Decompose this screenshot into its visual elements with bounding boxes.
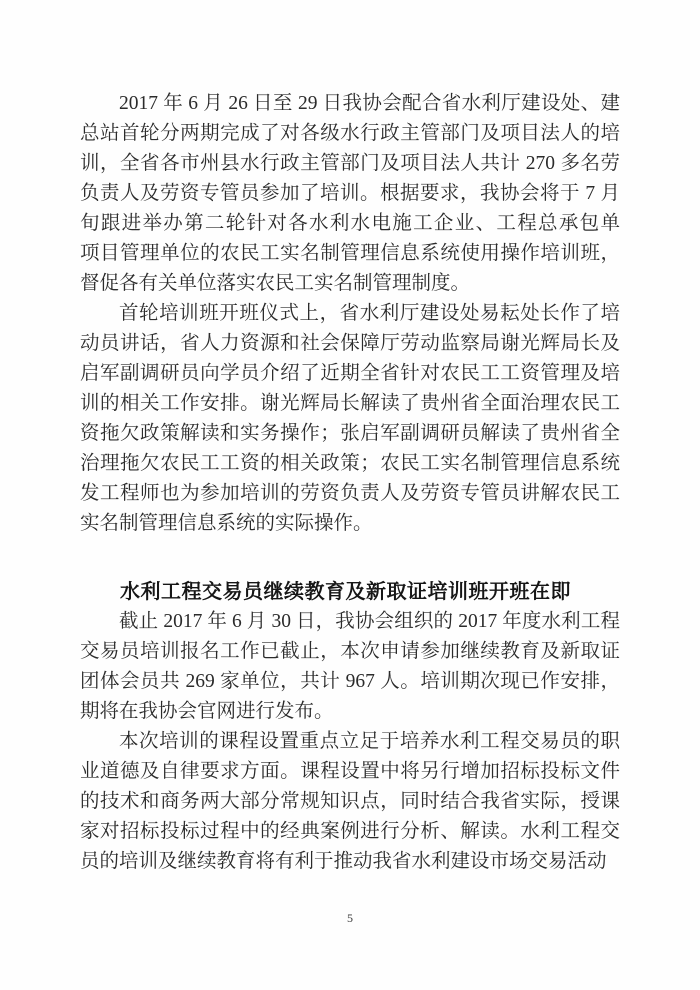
paragraph-registration-closed: 截止 2017 年 6 月 30 日，我协会组织的 2017 年度水利工程 交易… <box>80 607 620 727</box>
text-line: 期将在我协会官网进行发布。 <box>80 697 620 727</box>
text-line: 员的培训及继续教育将有利于推动我省水利建设市场交易活动 <box>80 847 620 877</box>
document-page: 2017 年 6 月 26 日至 29 日我协会配合省水利厅建设处、建管 总站首… <box>0 0 700 990</box>
text-line: 2017 年 6 月 26 日至 29 日我协会配合省水利厅建设处、建管 <box>80 89 620 119</box>
section-heading: 水利工程交易员继续教育及新取证培训班开班在即 <box>80 577 620 607</box>
text-line: 训，全省各市州县水行政主管部门及项目法人共计 270 多名劳资 <box>80 149 620 179</box>
text-line: 督促各有关单位落实农民工实名制管理制度。 <box>80 269 620 299</box>
document-body: 2017 年 6 月 26 日至 29 日我协会配合省水利厅建设处、建管 总站首… <box>80 89 620 877</box>
text-line: 旬跟进举办第二轮针对各水利水电施工企业、工程总承包单位、 <box>80 209 620 239</box>
text-line: 首轮培训班开班仪式上，省水利厅建设处易耘处长作了培训 <box>80 299 620 329</box>
text-line: 项目管理单位的农民工实名制管理信息系统使用操作培训班，以 <box>80 239 620 269</box>
text-line: 本次培训的课程设置重点立足于培养水利工程交易员的职 <box>80 727 620 757</box>
text-line: 训的相关工作安排。谢光辉局长解读了贵州省全面治理农民工工 <box>80 389 620 419</box>
text-line: 实名制管理信息系统的实际操作。 <box>80 509 620 539</box>
text-line: 家对招标投标过程中的经典案例进行分析、解读。水利工程交易 <box>80 817 620 847</box>
text-line: 发工程师也为参加培训的劳资负责人及劳资专管员讲解农民工 <box>80 479 620 509</box>
text-line: 总站首轮分两期完成了对各级水行政主管部门及项目法人的培 <box>80 119 620 149</box>
paragraph-training-first-round: 2017 年 6 月 26 日至 29 日我协会配合省水利厅建设处、建管 总站首… <box>80 89 620 299</box>
text-line: 启军副调研员向学员介绍了近期全省针对农民工工资管理及培 <box>80 359 620 389</box>
text-line: 团体会员共 269 家单位，共计 967 人。培训期次现已作安排，近 <box>80 667 620 697</box>
text-line: 交易员培训报名工作已截止，本次申请参加继续教育及新取证的 <box>80 637 620 667</box>
text-line: 资拖欠政策解读和实务操作；张启军副调研员解读了贵州省全面 <box>80 419 620 449</box>
text-line: 动员讲话，省人力资源和社会保障厅劳动监察局谢光辉局长及张 <box>80 329 620 359</box>
text-line: 治理拖欠农民工工资的相关政策；农民工实名制管理信息系统开 <box>80 449 620 479</box>
text-line: 截止 2017 年 6 月 30 日，我协会组织的 2017 年度水利工程 <box>80 607 620 637</box>
text-line: 业道德及自律要求方面。课程设置中将另行增加招标投标文件中 <box>80 757 620 787</box>
page-number: 5 <box>0 910 700 926</box>
text-line: 的技术和商务两大部分常规知识点，同时结合我省实际，授课专 <box>80 787 620 817</box>
paragraph-course-design: 本次培训的课程设置重点立足于培养水利工程交易员的职 业道德及自律要求方面。课程设… <box>80 727 620 877</box>
paragraph-opening-ceremony: 首轮培训班开班仪式上，省水利厅建设处易耘处长作了培训 动员讲话，省人力资源和社会… <box>80 299 620 539</box>
text-line: 负责人及劳资专管员参加了培训。根据要求，我协会将于 7 月下 <box>80 179 620 209</box>
